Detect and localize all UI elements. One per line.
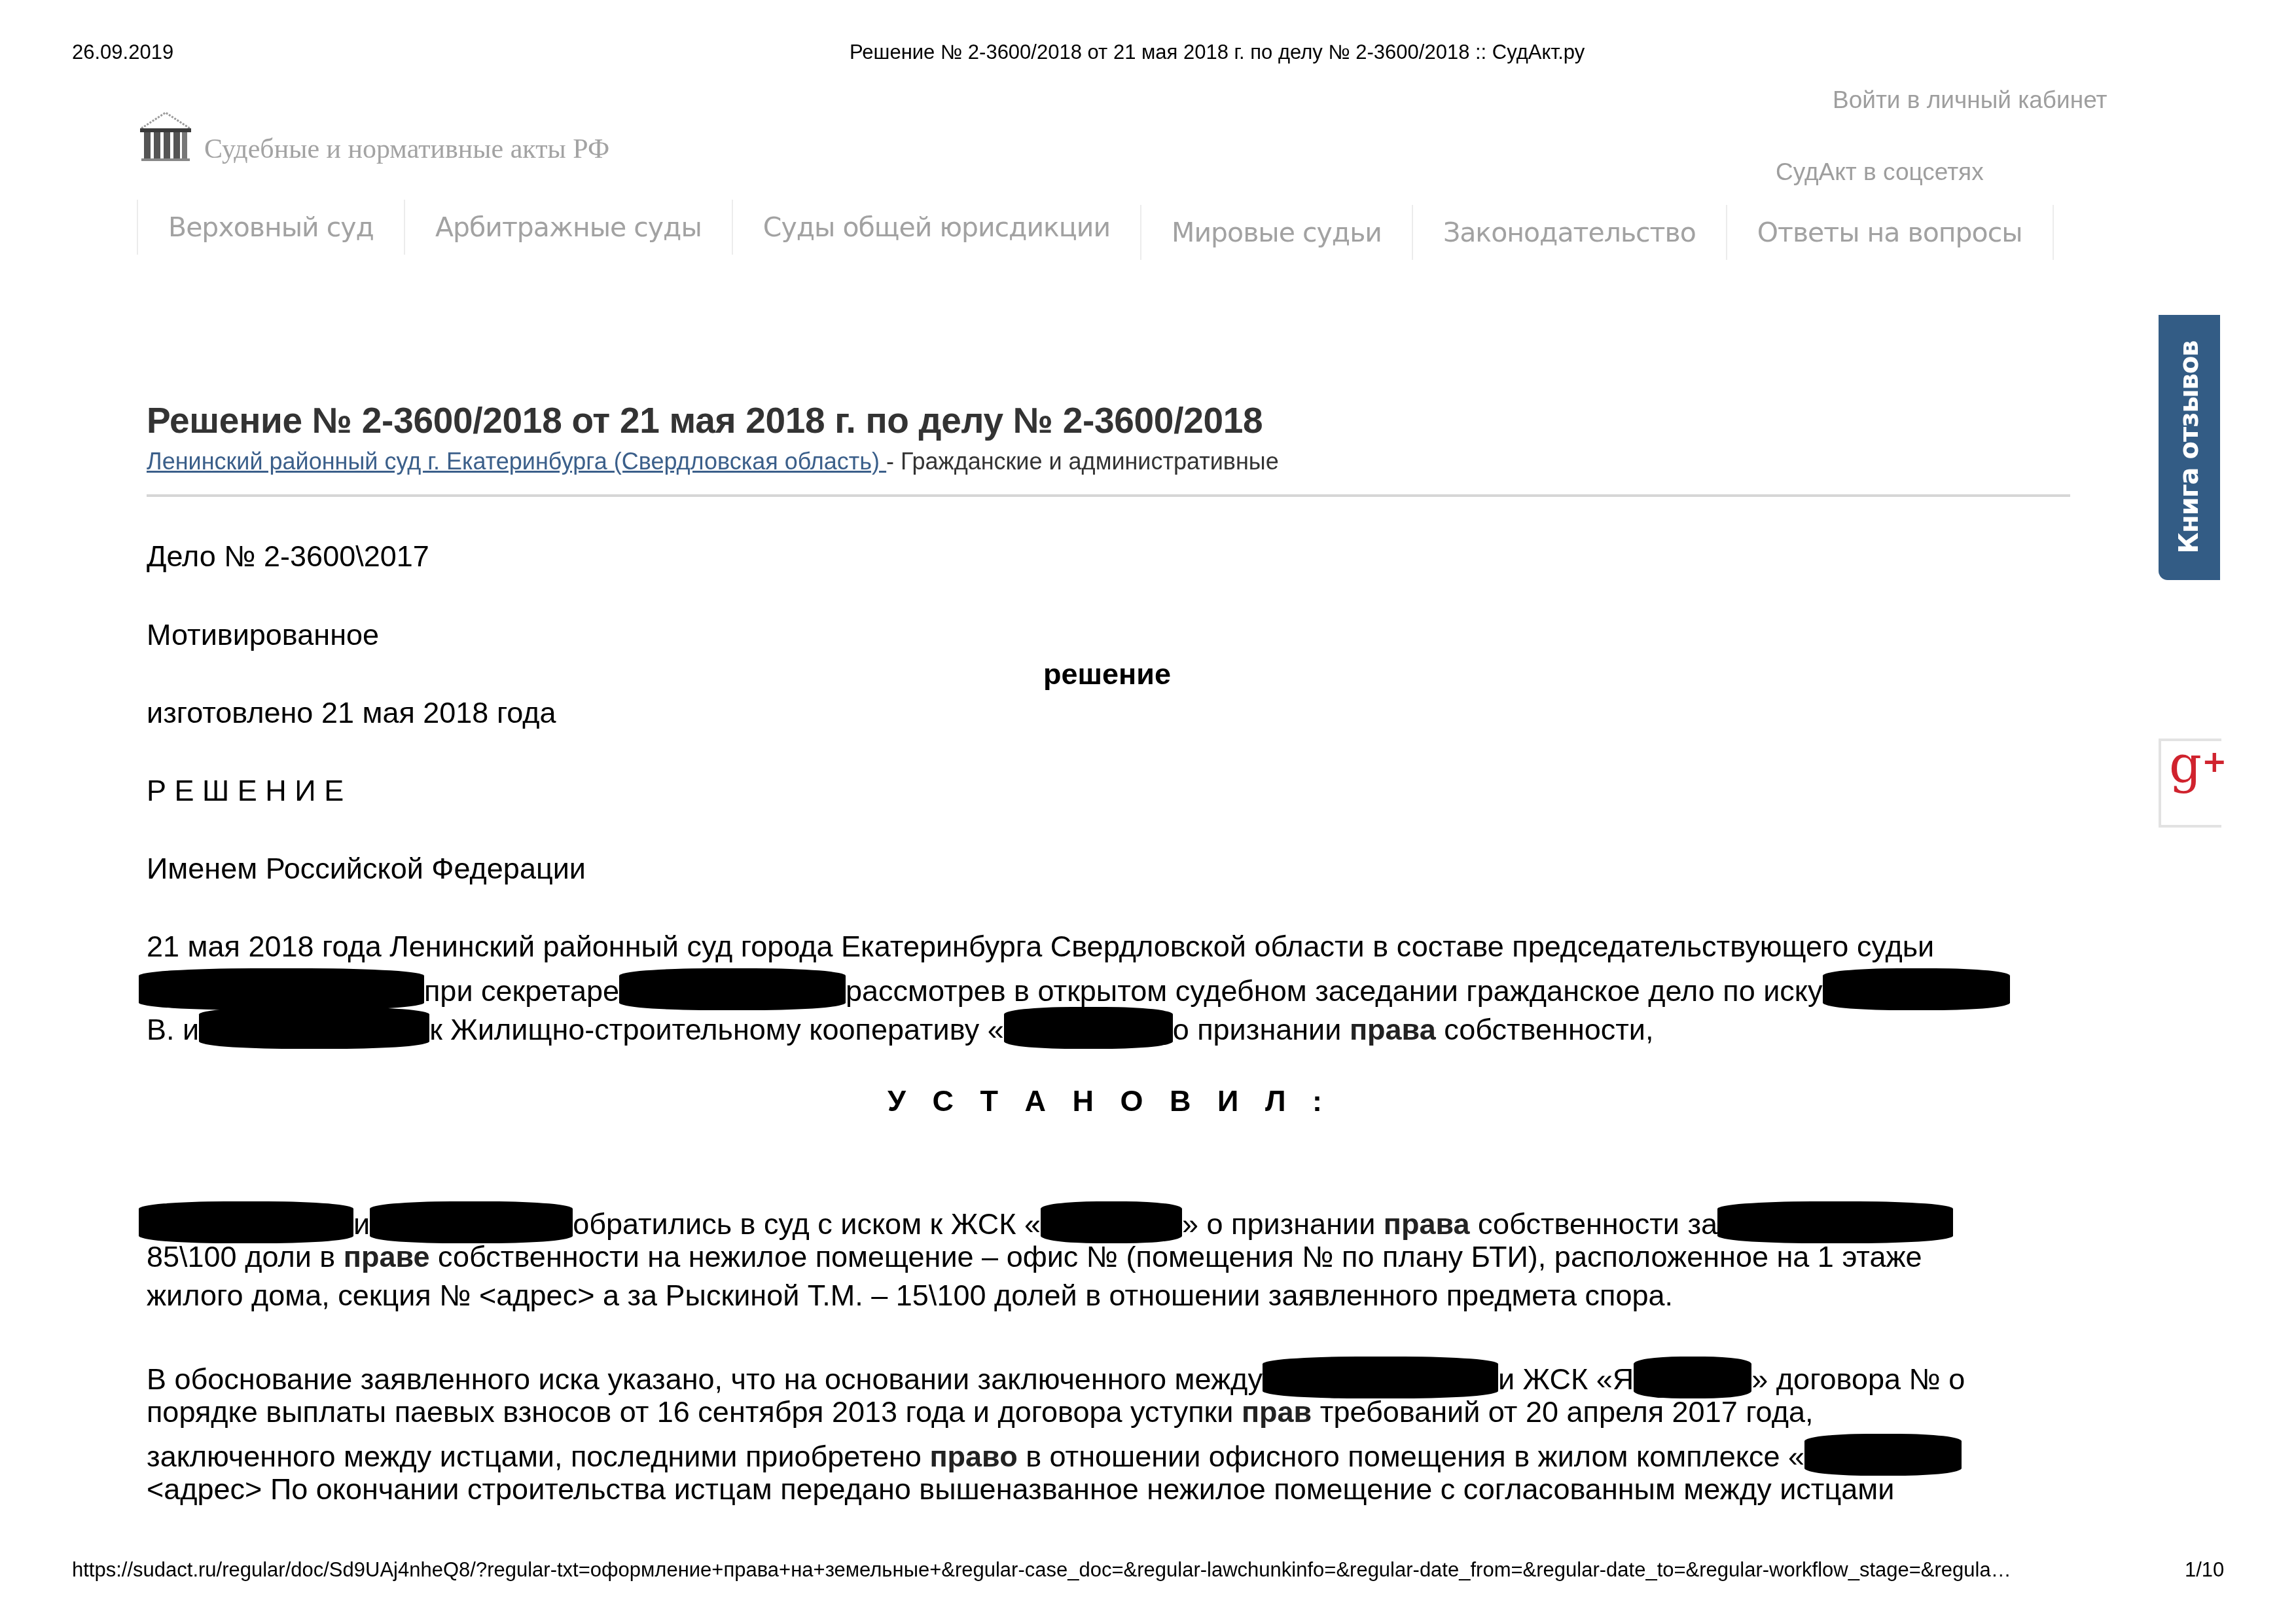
- redaction: [139, 968, 424, 1010]
- feedback-book-label: Книга отзывов: [2174, 340, 2204, 553]
- text-fragment: при секретаре: [424, 974, 619, 1008]
- para2-line2: 85\100 доли в праве собственности на неж…: [147, 1240, 1922, 1274]
- ustanovil-heading: У С Т А Н О В И Л :: [0, 1084, 2219, 1118]
- print-page-number: 1/10: [2185, 1558, 2224, 1582]
- reshenie-heading: Р Е Ш Е Н И Е: [147, 774, 344, 808]
- text-fragment: собственности на нежилое помещение – офи…: [430, 1240, 1922, 1273]
- para1-line3: В. ик Жилищно-строительному кооперативу …: [147, 1007, 1654, 1049]
- site-logo-text[interactable]: Судебные и нормативные акты РФ: [204, 134, 609, 165]
- text-fragment: и ЖСК «Я: [1498, 1362, 1634, 1396]
- nav-item-magistrates[interactable]: Мировые судьи: [1140, 205, 1412, 260]
- para3-line1: В обоснование заявленного иска указано, …: [147, 1357, 1965, 1398]
- google-plus-button[interactable]: g +: [2159, 739, 2221, 828]
- text-fragment: В обоснование заявленного иска указано, …: [147, 1362, 1263, 1396]
- para2-line3: жилого дома, секция № <адрес> а за Рыски…: [147, 1279, 1673, 1313]
- redaction: [1804, 1434, 1962, 1476]
- google-plus-icon: g: [2169, 736, 2202, 795]
- highlight-term: права: [1384, 1207, 1470, 1241]
- nav-item-arbitration-courts[interactable]: Арбитражные суды: [404, 200, 732, 255]
- nav-item-supreme-court[interactable]: Верховный суд: [137, 200, 404, 255]
- text-fragment: 85\100 доли в: [147, 1240, 344, 1273]
- text-fragment: в отношении офисного помещения в жилом к…: [1018, 1440, 1804, 1473]
- title-divider: [147, 494, 2070, 497]
- nav-item-legislation[interactable]: Законодательство: [1412, 205, 1726, 260]
- para3-line3: заключенного между истцами, последними п…: [147, 1434, 1962, 1476]
- print-page-title: Решение № 2-3600/2018 от 21 мая 2018 г. …: [850, 41, 1585, 64]
- courthouse-logo-icon[interactable]: [139, 111, 192, 162]
- highlight-term: прав: [1242, 1395, 1312, 1429]
- highlight-term: праве: [344, 1240, 430, 1273]
- highlight-term: право: [929, 1440, 1017, 1473]
- text-fragment: о признании: [1173, 1013, 1350, 1046]
- in-name-of-rf: Именем Российской Федерации: [147, 852, 586, 886]
- text-fragment: обратились в суд с иском к ЖСК «: [573, 1207, 1041, 1241]
- para1-line1: 21 мая 2018 года Ленинский районный суд …: [147, 930, 1934, 964]
- redaction: [199, 1007, 429, 1049]
- print-url: https://sudact.ru/regular/doc/Sd9UAj4nhe…: [72, 1558, 2011, 1582]
- text-fragment: » договора № о: [1751, 1362, 1965, 1396]
- text-fragment: порядке выплаты паевых взносов от 16 сен…: [147, 1395, 1242, 1429]
- text-fragment: собственности,: [1436, 1013, 1654, 1046]
- reshenie-label: решение: [1043, 657, 1171, 691]
- case-category: - Гражданские и административные: [886, 448, 1279, 475]
- redaction: [1634, 1357, 1751, 1398]
- redaction: [1041, 1201, 1182, 1243]
- motivated-label: Мотивированное: [147, 618, 379, 652]
- redaction: [1717, 1201, 1953, 1243]
- court-link[interactable]: Ленинский районный суд г. Екатеринбурга …: [147, 448, 886, 475]
- nav-item-qa[interactable]: Ответы на вопросы: [1726, 205, 2054, 260]
- para2-line1: иобратились в суд с иском к ЖСК «» о при…: [139, 1201, 1953, 1243]
- ustanovil-text: У С Т А Н О В И Л :: [888, 1084, 1331, 1118]
- login-link[interactable]: Войти в личный кабинет: [1833, 86, 2107, 114]
- redaction: [619, 968, 846, 1010]
- text-fragment: требований от 20 апреля 2017 года,: [1312, 1395, 1813, 1429]
- social-label: СудАкт в соцсетях: [1776, 158, 1984, 186]
- para3-line4: <адрес> По окончании строительства истца…: [147, 1472, 1894, 1506]
- text-fragment: заключенного между истцами, последними п…: [147, 1440, 929, 1473]
- redaction: [1823, 968, 2010, 1010]
- redaction: [1263, 1357, 1498, 1398]
- feedback-book-tab[interactable]: Книга отзывов: [2159, 315, 2220, 580]
- para3-line2: порядке выплаты паевых взносов от 16 сен…: [147, 1395, 1813, 1429]
- redaction: [370, 1201, 573, 1243]
- court-line: Ленинский районный суд г. Екатеринбурга …: [147, 448, 1279, 475]
- para1-line2: при секретарерассмотрев в открытом судеб…: [139, 968, 2010, 1010]
- highlight-term: права: [1350, 1013, 1436, 1046]
- text-fragment: собственности за: [1470, 1207, 1717, 1241]
- text-fragment: к Жилищно-строительному кооперативу «: [429, 1013, 1004, 1046]
- nav-item-general-courts[interactable]: Суды общей юрисдикции: [732, 200, 1140, 255]
- redaction: [139, 1201, 353, 1243]
- text-fragment: » о признании: [1182, 1207, 1384, 1241]
- main-nav: Верховный суд Арбитражные суды Суды обще…: [137, 200, 2054, 255]
- text-fragment: В. и: [147, 1013, 199, 1046]
- google-plus-plus: +: [2202, 744, 2227, 779]
- document-title: Решение № 2-3600/2018 от 21 мая 2018 г. …: [147, 399, 1263, 441]
- redaction: [1004, 1007, 1173, 1049]
- text-fragment: рассмотрев в открытом судебном заседании…: [846, 974, 1823, 1008]
- case-number: Дело № 2-3600\2017: [147, 539, 429, 574]
- print-date: 26.09.2019: [72, 41, 173, 64]
- made-on-date: изготовлено 21 мая 2018 года: [147, 696, 556, 730]
- text-fragment: и: [353, 1207, 370, 1241]
